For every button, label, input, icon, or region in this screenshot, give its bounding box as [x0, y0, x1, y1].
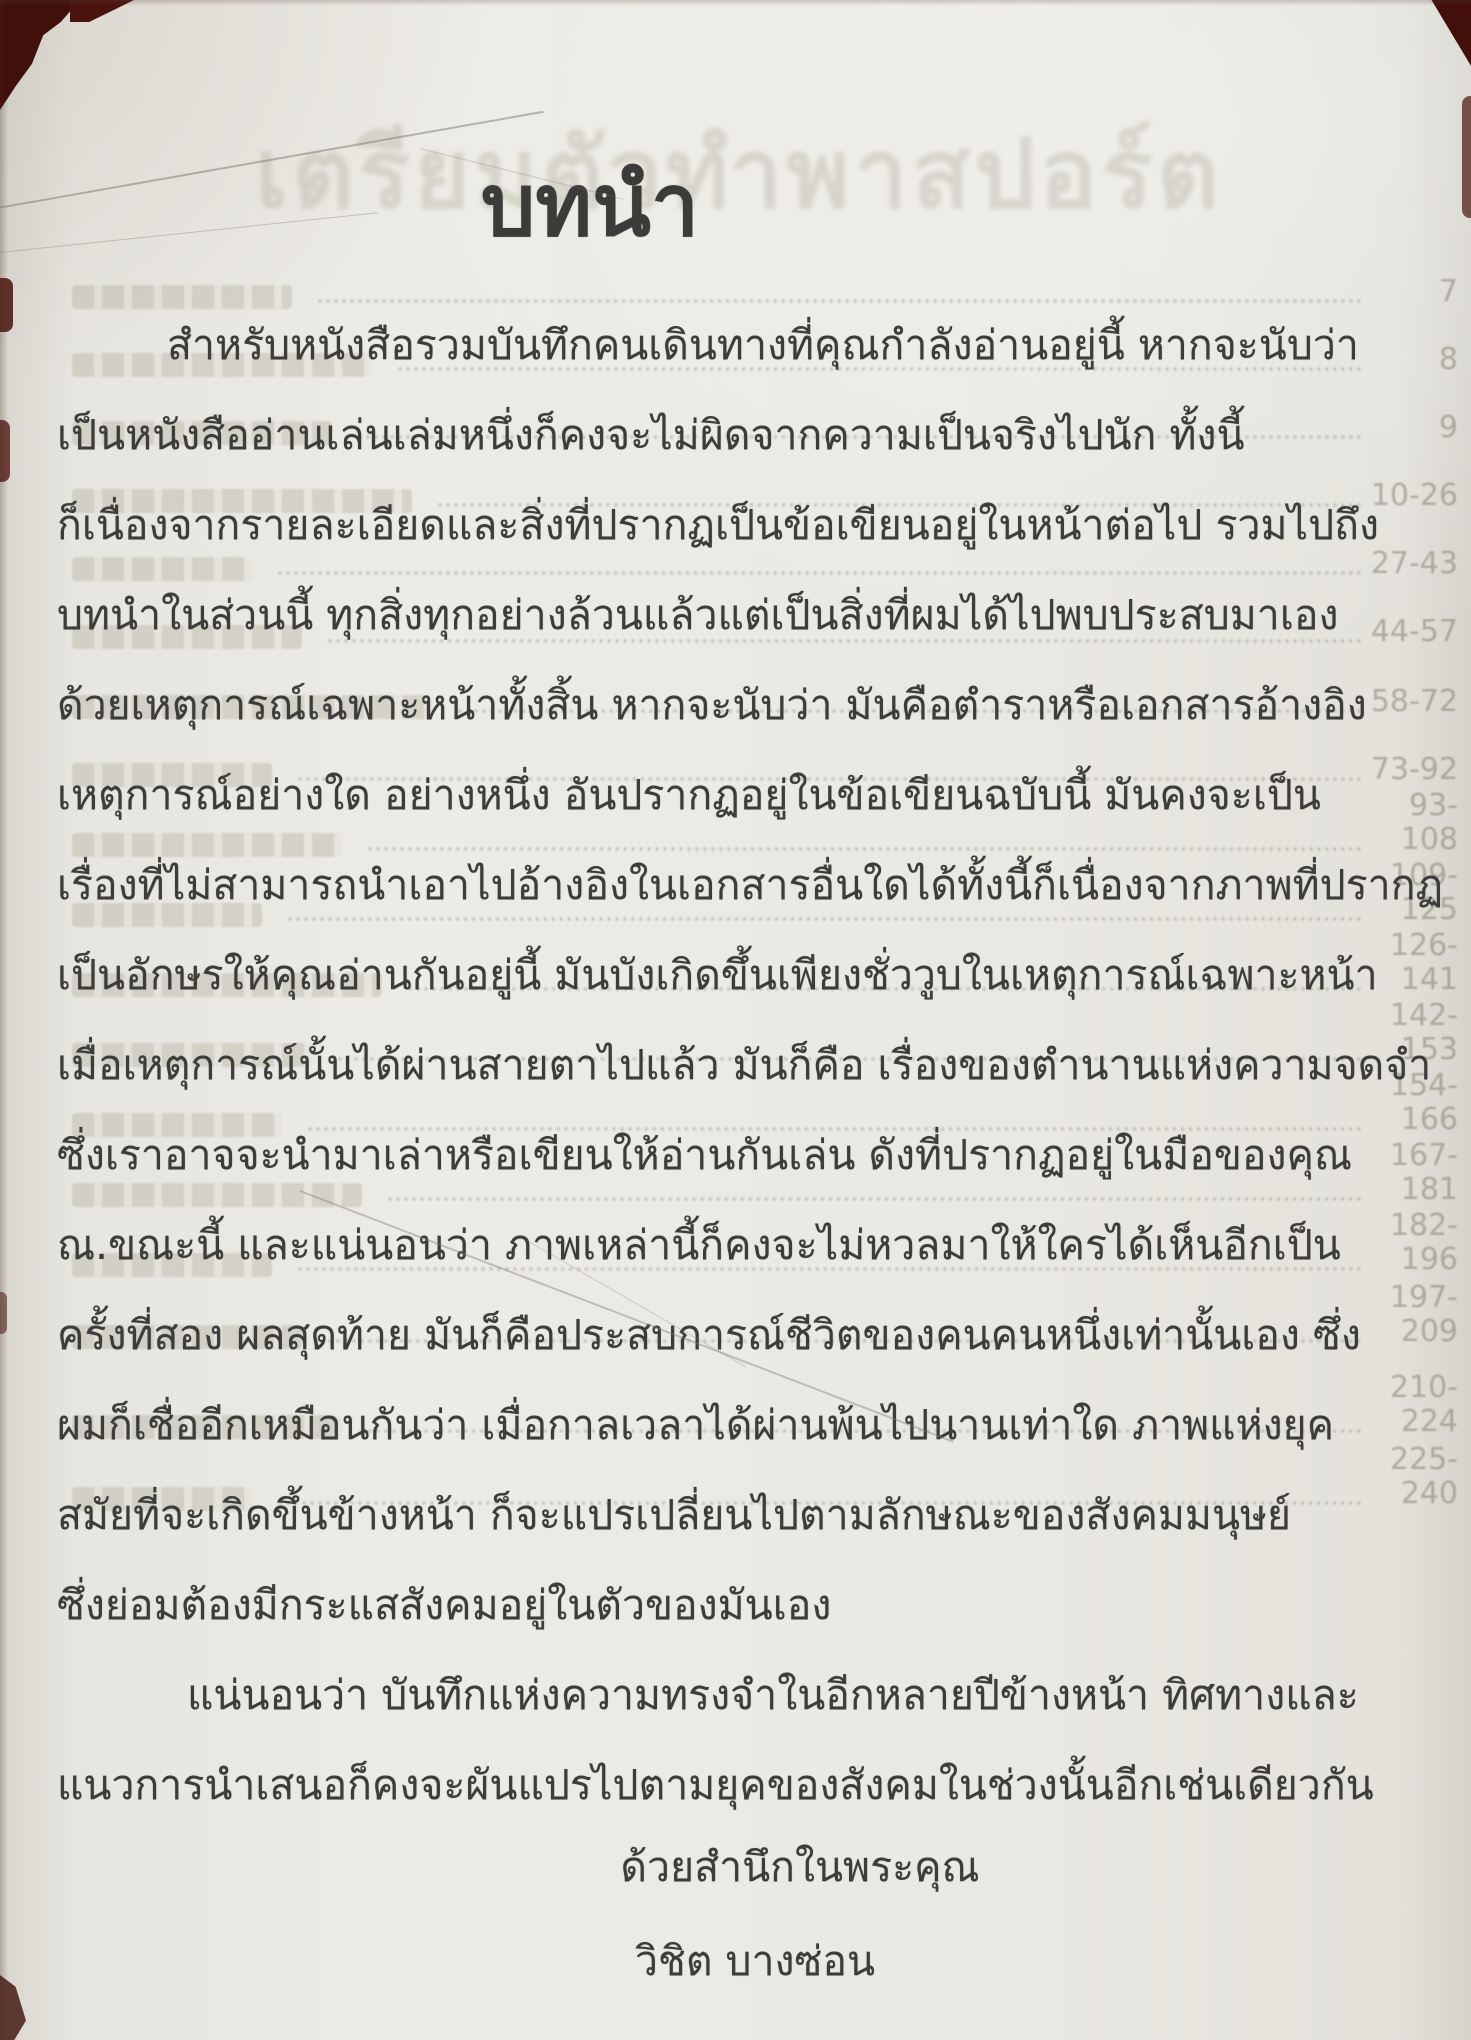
scanned-book-page: เตรียมตัวทำพาสปอร์ต 78910-2627-4344-5758… [0, 0, 1471, 2040]
intro-paragraph-line: แน่นอนว่า บันทึกแห่งความทรงจำในอีกหลายปี… [57, 1650, 1397, 1740]
intro-paragraph-line: เหตุการณ์อย่างใด อย่างหนึ่ง อันปรากฏอยู่… [57, 750, 1397, 840]
edge-stain-right [1462, 96, 1471, 218]
closing-line: ด้วยสำนึกในพระคุณ [540, 1822, 1060, 1912]
intro-paragraph-line: ณ.ขณะนี้ และแน่นอนว่า ภาพเหล่านี้ก็คงจะไ… [57, 1200, 1397, 1290]
intro-paragraph-line: สำหรับหนังสือรวมบันทึกคนเดินทางที่คุณกำล… [57, 300, 1397, 390]
corner-stain-top-left [0, 0, 80, 110]
page-title: บทนำ [0, 136, 1180, 273]
scan-shadow-left [0, 0, 8, 2040]
intro-paragraph-line: แนวการนำเสนอก็คงจะผันแปรไปตามยุคของสังคม… [57, 1740, 1397, 1830]
intro-paragraph-line: ครั้งที่สอง ผลสุดท้าย มันก็คือประสบการณ์… [57, 1290, 1397, 1380]
intro-paragraph-line: เรื่องที่ไม่สามารถนำเอาไปอ้างอิงในเอกสาร… [57, 840, 1397, 930]
intro-paragraph-line: ซึ่งเราอาจจะนำมาเล่าหรือเขียนให้อ่านกันเ… [57, 1110, 1397, 1200]
intro-paragraph-line: ผมก็เชื่ออีกเหมือนกันว่า เมื่อกาลเวลาได้… [57, 1380, 1397, 1470]
author-signature: วิชิต บางซ่อน [555, 1916, 955, 2006]
intro-paragraph-line: ด้วยเหตุการณ์เฉพาะหน้าทั้งสิ้น หากจะนับว… [57, 660, 1397, 750]
intro-paragraph-line: เมื่อเหตุการณ์นั้นได้ผ่านสายตาไปแล้ว มัน… [57, 1020, 1397, 1110]
intro-paragraph-line: สมัยที่จะเกิดขึ้นข้างหน้า ก็จะแปรเปลี่ยน… [57, 1470, 1397, 1560]
scan-shadow-top [0, 0, 1471, 6]
intro-paragraph-line: ก็เนื่องจากรายละเอียดและสิ่งที่ปรากฏเป็น… [57, 480, 1397, 570]
intro-body: สำหรับหนังสือรวมบันทึกคนเดินทางที่คุณกำล… [57, 300, 1397, 1830]
intro-paragraph-line: บทนำในส่วนนี้ ทุกสิ่งทุกอย่างล้วนแล้วแต่… [57, 570, 1397, 660]
intro-paragraph-line: เป็นอักษรให้คุณอ่านกันอยู่นี้ มันบังเกิด… [57, 930, 1397, 1020]
corner-stain-top-right [1425, 0, 1471, 66]
intro-paragraph-line: ซึ่งย่อมต้องมีกระแสสังคมอยู่ในตัวของมันเ… [57, 1560, 1397, 1650]
intro-paragraph-line: เป็นหนังสืออ่านเล่นเล่มหนึ่งก็คงจะไม่ผิด… [57, 390, 1397, 480]
